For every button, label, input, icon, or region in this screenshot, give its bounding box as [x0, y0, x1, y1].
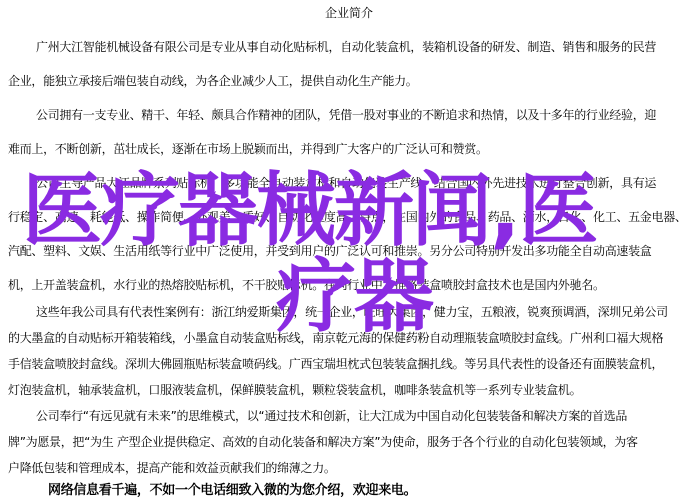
- body-text-line: 机，上开盖装盒机，水行业的热熔胶贴标机，不干胶贴标机。在同行业中，推路装盒喷胶封…: [8, 278, 605, 292]
- watermark-overlay-line2: 疗器: [276, 252, 432, 342]
- closing-line: 网络信息看千遍，不如一个电话细致入微的为您介绍，欢迎来电。: [48, 484, 416, 498]
- body-text-line: 行稳定、高速、耗能低、操作简便、外观美、质好、自动化程度高之特点，在国内外的食品…: [8, 210, 687, 224]
- body-text-line: 的大墨盒的自动贴标开箱装箱线，小墨盒自动装盒贴标线，南京乾元海的保健药粉自动理瓶…: [8, 331, 663, 345]
- body-text-line: 广州大江智能机械设备有限公司是专业从事自动化贴标机，自动化装盒机，装箱机设备的研…: [36, 40, 656, 54]
- body-text-line: 手信装盒喷胶封盒线。深圳大佛圆瓶贴标装盒喷码线。广西宝瑞坦枕式包装装盒捆扎线。等…: [8, 357, 663, 371]
- body-text-line: 公司主导产品大江品牌系列贴标机，多功能全自动装盒机和自动包装生产线，结合国内外先…: [36, 176, 656, 190]
- body-text-line: 牌”为愿景，把“为生 产型企业提供稳定、高效的自动化装备和解决方案”为使命，服务…: [8, 435, 638, 449]
- body-text-line: 这些年我公司具有代表性案例有：浙江纳爱斯集团，统一企业，旺旺大集团，健力宝，五粮…: [36, 305, 668, 319]
- company-intro-page: 企业简介 广州大江智能机械设备有限公司是专业从事自动化贴标机，自动化装盒机，装箱…: [0, 0, 698, 499]
- body-text-line: 企业，能独立承接后端包装自动线，为各企业减少人工，提供自动化生产能力。: [8, 74, 418, 88]
- body-text-line: 公司拥有一支专业、精干、年轻、颇具合作精神的团队，凭借一股对事业的不断追求和热情…: [36, 108, 656, 122]
- body-text-line: 户降低包装和管理成本，提高产能和效益贡献我们的绵薄之力。: [8, 461, 336, 475]
- body-text-line: 灯泡装盒机，轴承装盒机，口服液装盒机，保鲜膜装盒机，颗粒袋装盒机，咖啡条装盒机等…: [8, 383, 581, 397]
- body-text-line: 公司奉行“有远见就有未来”的思维模式，以“通过技术和创新，让大江成为中国自动化包…: [36, 409, 627, 423]
- body-text-line: 难而上，不断创新，茁壮成长，逐渐在市场上脱颖而出，并得到广大客户的广泛认可和赞赏…: [8, 142, 488, 156]
- page-title: 企业简介: [0, 6, 698, 20]
- body-text-line: 汽配、塑料、文娱、生活用纸等行业中广泛使用，并受到用户的广泛认可和推崇。另分公司…: [8, 244, 652, 258]
